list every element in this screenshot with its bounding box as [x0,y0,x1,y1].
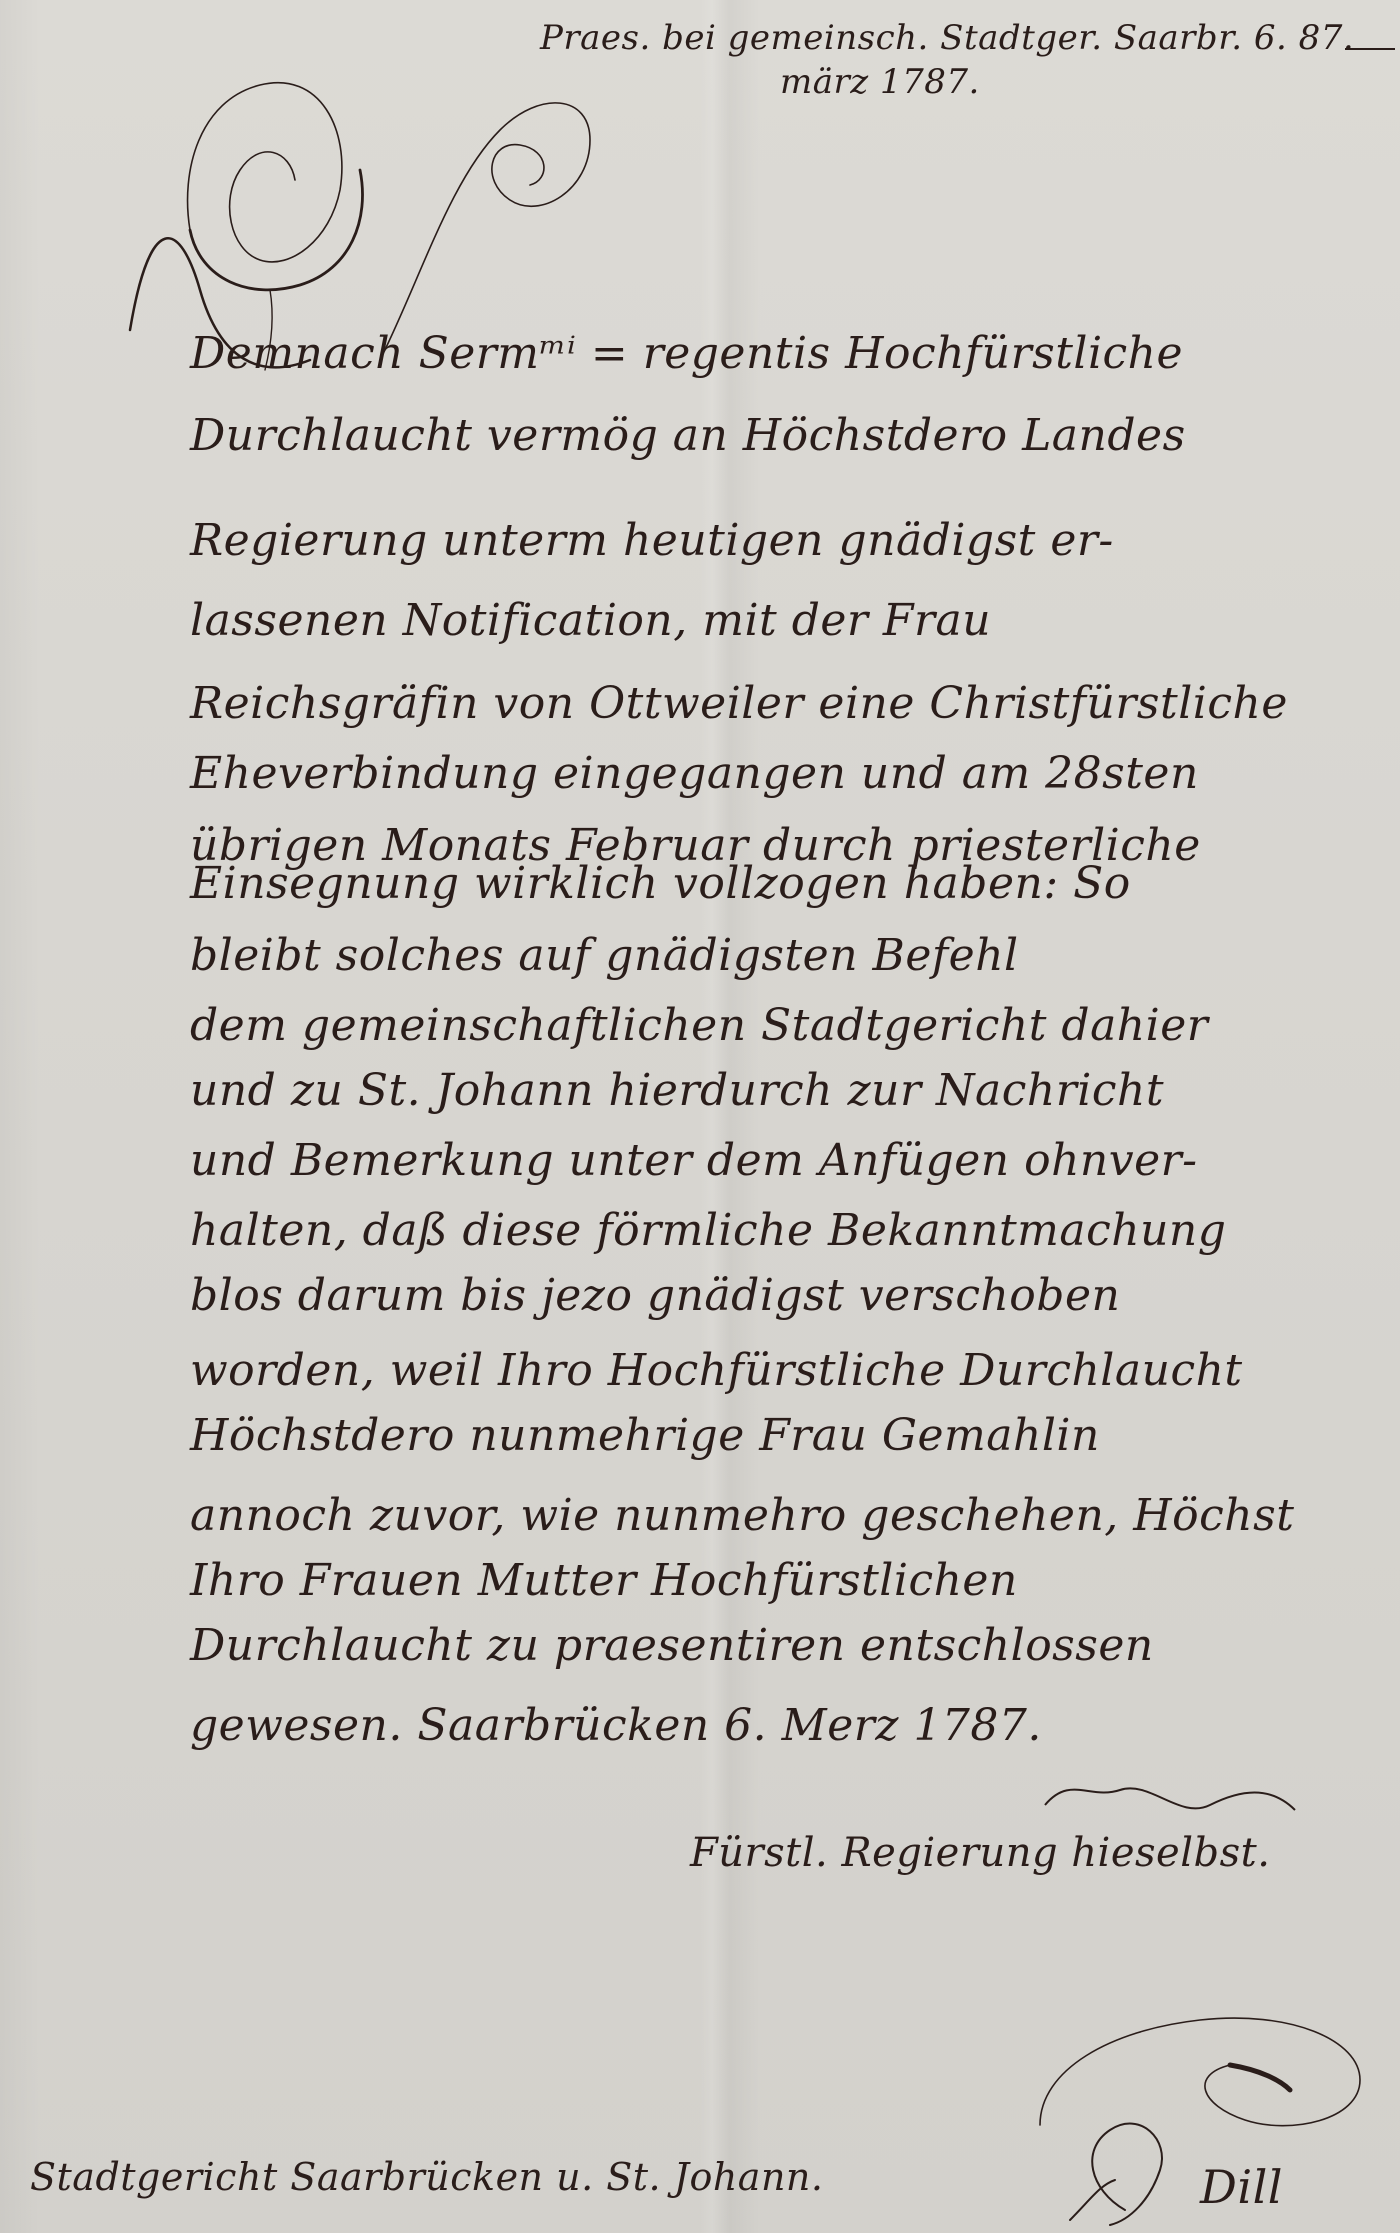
body-line: Durchlaucht vermög an Höchstdero Landes [190,410,1186,461]
docket-line-1: Praes. bei gemeinsch. Stadtger. Saarbr. … [540,18,1354,58]
body-line: Reichsgräfin von Ottweiler eine Christfü… [190,678,1288,729]
body-line: Demnach Sermᵐⁱ = regentis Hochfürstliche [190,328,1183,379]
signature: Dill [1200,2160,1283,2214]
paper-sheet: Praes. bei gemeinsch. Stadtger. Saarbr. … [0,0,1400,2233]
addressee-line: Stadtgericht Saarbrücken u. St. Johann. [30,2155,823,2199]
docket-rule [1345,48,1395,50]
body-line: Eheverbindung eingegangen und am 28sten [190,748,1199,799]
body-line: Durchlaucht zu praesentiren entschlossen [190,1620,1154,1671]
body-line: Ihro Frauen Mutter Hochfürstlichen [190,1555,1018,1606]
body-line: annoch zuvor, wie nunmehro geschehen, Hö… [190,1490,1294,1541]
body-line: bleibt solches auf gnädigsten Befehl [190,930,1019,981]
date-flourish-icon [1040,1765,1300,1825]
body-line: Regierung unterm heutigen gnädigst er- [190,515,1114,566]
body-line: Höchstdero nunmehrige Frau Gemahlin [190,1410,1100,1461]
body-line: halten, daß diese förmliche Bekanntmachu… [190,1205,1226,1256]
body-line: blos darum bis jezo gnädigst verschoben [190,1270,1120,1321]
body-line: Einsegnung wirklich vollzogen haben: So [190,858,1131,909]
body-line: und Bemerkung unter dem Anfügen ohnver- [190,1135,1198,1186]
body-line: lassenen Notification, mit der Frau [190,595,991,646]
closing-line: Fürstl. Regierung hieselbst. [690,1830,1270,1876]
body-line: und zu St. Johann hierdurch zur Nachrich… [190,1065,1164,1116]
body-line: dem gemeinschaftlichen Stadtgericht dahi… [190,1000,1208,1051]
body-line: worden, weil Ihro Hochfürstliche Durchla… [190,1345,1243,1396]
date-line: gewesen. Saarbrücken 6. Merz 1787. [190,1700,1042,1751]
